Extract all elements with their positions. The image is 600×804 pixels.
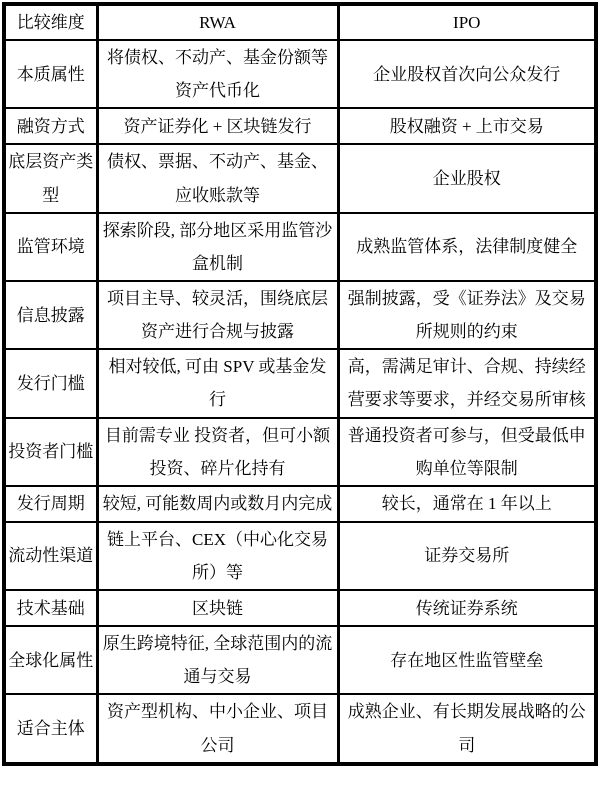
table-row-essence: 本质属性 将债权、不动产、基金份额等资产代币化 企业股权首次向公众发行 bbox=[4, 40, 596, 108]
ipo-cell: 存在地区性监管壁垒 bbox=[338, 626, 596, 694]
rwa-cell: 探索阶段, 部分地区采用监管沙盒机制 bbox=[97, 213, 338, 281]
rwa-cell: 区块链 bbox=[97, 590, 338, 626]
row-label: 全球化属性 bbox=[4, 626, 97, 694]
row-label: 本质属性 bbox=[4, 40, 97, 108]
table-row-technology: 技术基础 区块链 传统证券系统 bbox=[4, 590, 596, 626]
ipo-cell: 普通投资者可参与，但受最低申购单位等限制 bbox=[338, 418, 596, 486]
ipo-cell: 企业股权 bbox=[338, 144, 596, 212]
ipo-cell: 股权融资 + 上市交易 bbox=[338, 108, 596, 144]
header-rwa: RWA bbox=[97, 4, 338, 40]
table-row-liquidity: 流动性渠道 链上平台、CEX（中心化交易所）等 证券交易所 bbox=[4, 522, 596, 590]
row-label: 适合主体 bbox=[4, 694, 97, 763]
ipo-cell: 成熟监管体系，法律制度健全 bbox=[338, 213, 596, 281]
row-label: 底层资产类型 bbox=[4, 144, 97, 212]
rwa-cell: 相对较低, 可由 SPV 或基金发行 bbox=[97, 349, 338, 417]
rwa-cell: 债权、票据、不动产、基金、应收账款等 bbox=[97, 144, 338, 212]
row-label: 投资者门槛 bbox=[4, 418, 97, 486]
row-label: 发行门槛 bbox=[4, 349, 97, 417]
header-dimension: 比较维度 bbox=[4, 4, 97, 40]
rwa-cell: 链上平台、CEX（中心化交易所）等 bbox=[97, 522, 338, 590]
rwa-cell: 目前需专业 投资者，但可小额投资、碎片化持有 bbox=[97, 418, 338, 486]
header-ipo: IPO bbox=[338, 4, 596, 40]
rwa-ipo-comparison-table: 比较维度 RWA IPO 本质属性 将债权、不动产、基金份额等资产代币化 企业股… bbox=[2, 2, 598, 766]
table-row-disclosure: 信息披露 项目主导、较灵活，围绕底层资产进行合规与披露 强制披露，受《证券法》及… bbox=[4, 281, 596, 349]
table-row-issuance-threshold: 发行门槛 相对较低, 可由 SPV 或基金发行 高，需满足审计、合规、持续经营要… bbox=[4, 349, 596, 417]
table-row-investor-threshold: 投资者门槛 目前需专业 投资者，但可小额投资、碎片化持有 普通投资者可参与，但受… bbox=[4, 418, 596, 486]
row-label: 信息披露 bbox=[4, 281, 97, 349]
row-label: 发行周期 bbox=[4, 486, 97, 522]
header-row: 比较维度 RWA IPO bbox=[4, 4, 596, 40]
rwa-cell: 将债权、不动产、基金份额等资产代币化 bbox=[97, 40, 338, 108]
ipo-cell: 企业股权首次向公众发行 bbox=[338, 40, 596, 108]
row-label: 融资方式 bbox=[4, 108, 97, 144]
rwa-cell: 较短, 可能数周内或数月内完成 bbox=[97, 486, 338, 522]
comparison-table-container: 比较维度 RWA IPO 本质属性 将债权、不动产、基金份额等资产代币化 企业股… bbox=[2, 2, 598, 766]
table-row-financing: 融资方式 资产证券化 + 区块链发行 股权融资 + 上市交易 bbox=[4, 108, 596, 144]
rwa-cell: 资产型机构、中小企业、项目公司 bbox=[97, 694, 338, 763]
row-label: 流动性渠道 bbox=[4, 522, 97, 590]
table-row-globalization: 全球化属性 原生跨境特征, 全球范围内的流通与交易 存在地区性监管壁垒 bbox=[4, 626, 596, 694]
table-row-suitable-entities: 适合主体 资产型机构、中小企业、项目公司 成熟企业、有长期发展战略的公司 bbox=[4, 694, 596, 763]
ipo-cell: 较长，通常在 1 年以上 bbox=[338, 486, 596, 522]
ipo-cell: 强制披露，受《证券法》及交易所规则的约束 bbox=[338, 281, 596, 349]
row-label: 监管环境 bbox=[4, 213, 97, 281]
ipo-cell: 成熟企业、有长期发展战略的公司 bbox=[338, 694, 596, 763]
table-row-issuance-cycle: 发行周期 较短, 可能数周内或数月内完成 较长，通常在 1 年以上 bbox=[4, 486, 596, 522]
ipo-cell: 高，需满足审计、合规、持续经营要求等要求，并经交易所审核 bbox=[338, 349, 596, 417]
ipo-cell: 证券交易所 bbox=[338, 522, 596, 590]
table-row-regulatory: 监管环境 探索阶段, 部分地区采用监管沙盒机制 成熟监管体系，法律制度健全 bbox=[4, 213, 596, 281]
rwa-cell: 资产证券化 + 区块链发行 bbox=[97, 108, 338, 144]
rwa-cell: 原生跨境特征, 全球范围内的流通与交易 bbox=[97, 626, 338, 694]
rwa-cell: 项目主导、较灵活，围绕底层资产进行合规与披露 bbox=[97, 281, 338, 349]
ipo-cell: 传统证券系统 bbox=[338, 590, 596, 626]
row-label: 技术基础 bbox=[4, 590, 97, 626]
table-row-underlying-assets: 底层资产类型 债权、票据、不动产、基金、应收账款等 企业股权 bbox=[4, 144, 596, 212]
